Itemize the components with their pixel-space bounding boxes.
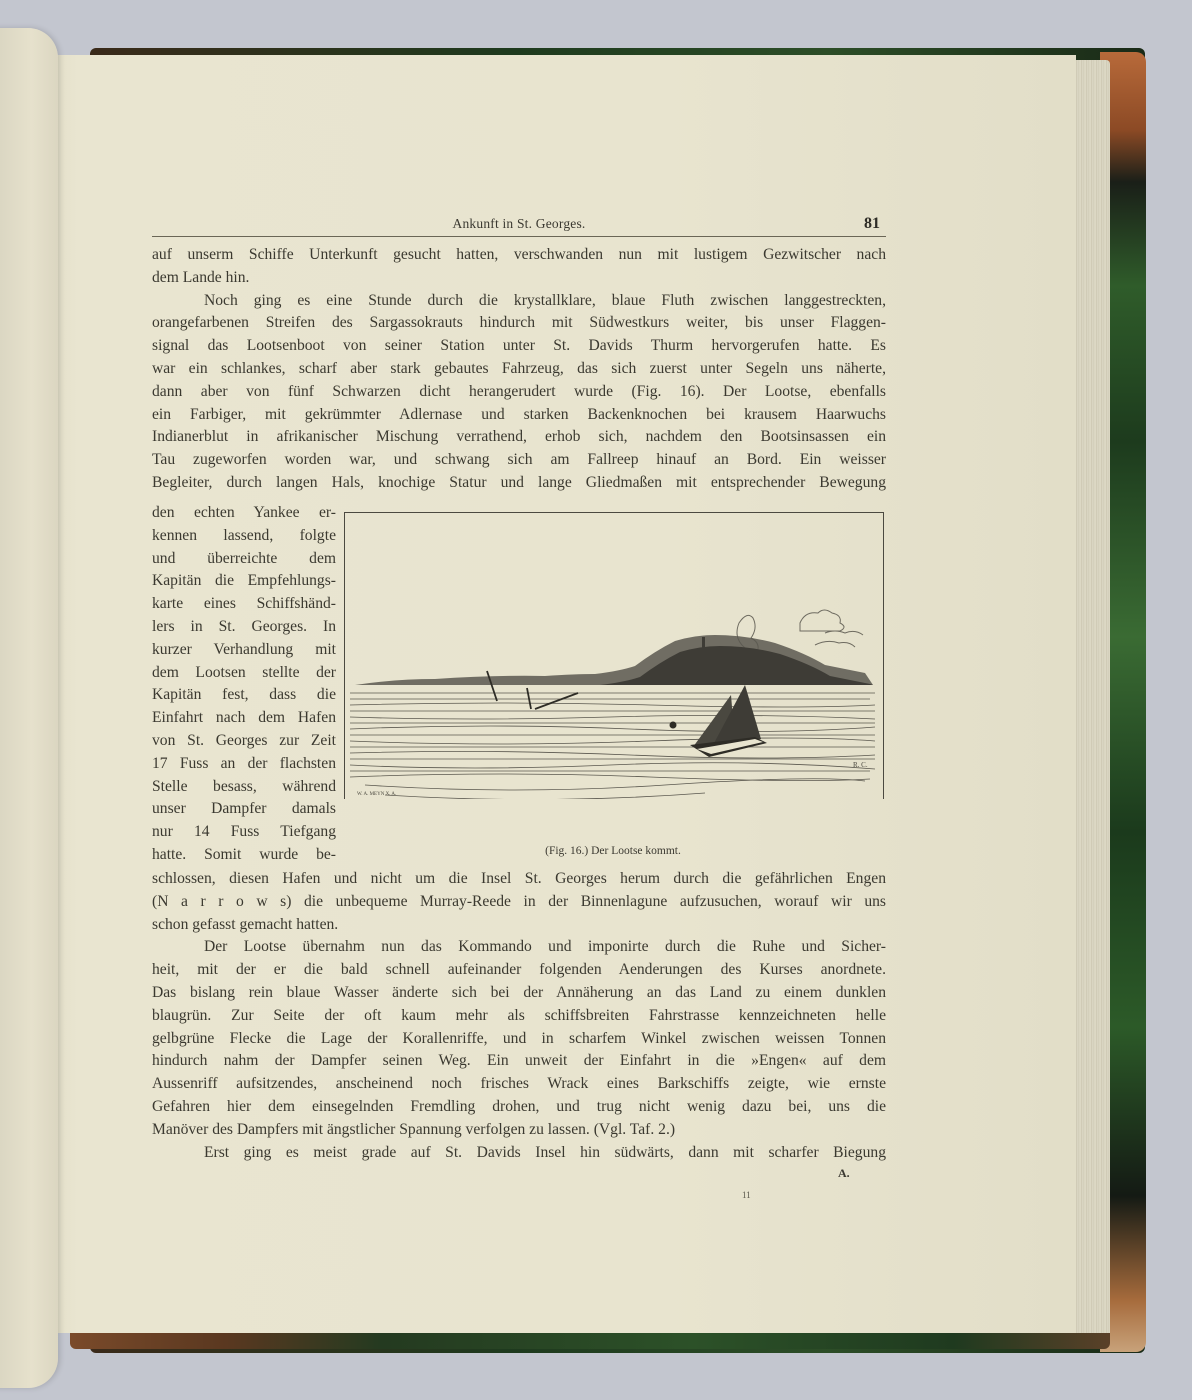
text-line: hindurch nahm der Dampfer seinen Weg. Ei… <box>152 1050 886 1073</box>
text-line: Kapitän fest, dass die <box>152 684 336 707</box>
text-line: heit, mit der er die bald schnell aufein… <box>152 959 886 982</box>
text-line: orangefarbenen Streifen des Sargassokrau… <box>152 312 886 335</box>
text-line: hatte. Somit wurde be- <box>152 844 336 867</box>
figure-caption: (Fig. 16.) Der Lootse kommt. <box>344 845 882 857</box>
text-line: Manöver des Dampfers mit ängstlicher Spa… <box>152 1119 886 1142</box>
book-bottom-edge <box>70 1333 1110 1349</box>
text-line: kennen lassend, folgte <box>152 525 336 548</box>
text-line: Noch ging es eine Stunde durch die kryst… <box>152 290 886 313</box>
body-text-bottom: schlossen, diesen Hafen und nicht um die… <box>152 868 886 1164</box>
text-line: schlossen, diesen Hafen und nicht um die… <box>152 868 886 891</box>
running-header: Ankunft in St. Georges. 81 <box>152 214 886 237</box>
text-line: ein Farbiger, mit gekrümmter Adlernase u… <box>152 404 886 427</box>
text-line: Indianerblut in afrikanischer Mischung v… <box>152 426 886 449</box>
body-text-top: auf unserm Schiffe Unterkunft gesucht ha… <box>152 244 886 495</box>
text-line: und überreichte dem <box>152 548 336 571</box>
text-line: schon gefasst gemacht hatten. <box>152 914 886 937</box>
running-title: Ankunft in St. Georges. <box>152 216 886 232</box>
text-line: blaugrün. Zur Seite der oft kaum mehr al… <box>152 1005 886 1028</box>
text-line: kurzer Verhandlung mit <box>152 639 336 662</box>
text-line: Tau zugeworfen worden war, und schwang s… <box>152 449 886 472</box>
engraver-signature: W. A. MEYN X. A. <box>357 792 396 797</box>
pilot-boat-icon <box>670 685 768 757</box>
text-line: karte eines Schiffshänd- <box>152 593 336 616</box>
artist-initials: R. C. <box>853 761 868 769</box>
text-line: Der Lootse übernahm nun das Kommando und… <box>152 936 886 959</box>
text-line: 17 Fuss an der flachsten <box>152 753 336 776</box>
seascape-engraving: W. A. MEYN X. A. R. C. <box>345 513 883 799</box>
text-line: Erst ging es meist grade auf St. Davids … <box>152 1142 886 1165</box>
text-line: lers in St. Georges. In <box>152 616 336 639</box>
text-line: nur 14 Fuss Tiefgang <box>152 821 336 844</box>
text-line: auf unserm Schiffe Unterkunft gesucht ha… <box>152 244 886 267</box>
text-line: den echten Yankee er- <box>152 502 336 525</box>
text-line: dann aber von fünf Schwarzen dicht heran… <box>152 381 886 404</box>
page-number: 81 <box>864 215 880 233</box>
text-line: war ein schlankes, scharf aber stark geb… <box>152 358 886 381</box>
text-line: Kapitän die Empfehlungs- <box>152 570 336 593</box>
buoy <box>670 722 677 729</box>
signature-mark: A. <box>838 1166 850 1181</box>
text-line: unser Dampfer damals <box>152 798 336 821</box>
text-line: Stelle besass, während <box>152 776 336 799</box>
text-line: Gefahren hier dem einsegelnden Fremdling… <box>152 1096 886 1119</box>
water-hatching <box>350 693 875 799</box>
tower <box>702 637 705 649</box>
text-line: Das bislang rein blaue Wasser änderte si… <box>152 982 886 1005</box>
left-page-curl <box>0 28 58 1388</box>
text-line: signal das Lootsenboot von seiner Statio… <box>152 335 886 358</box>
sheet-number: 11 <box>742 1190 751 1200</box>
text-line: (N a r r o w s) die unbequeme Murray-Ree… <box>152 891 886 914</box>
body-text-side-column: den echten Yankee er- kennen lassend, fo… <box>152 502 336 867</box>
text-line: Aussenriff aufsitzendes, anscheinend noc… <box>152 1073 886 1096</box>
text-line: Begleiter, durch langen Hals, knochige S… <box>152 472 886 495</box>
text-line: von St. Georges zur Zeit <box>152 730 336 753</box>
figure-illustration: W. A. MEYN X. A. R. C. <box>344 512 884 799</box>
text-line: dem Lootsen stellte der <box>152 662 336 685</box>
text-line: Einfahrt nach dem Hafen <box>152 707 336 730</box>
text-line: dem Lande hin. <box>152 267 886 290</box>
text-line: gelbgrüne Flecke die Lage der Korallenri… <box>152 1028 886 1051</box>
